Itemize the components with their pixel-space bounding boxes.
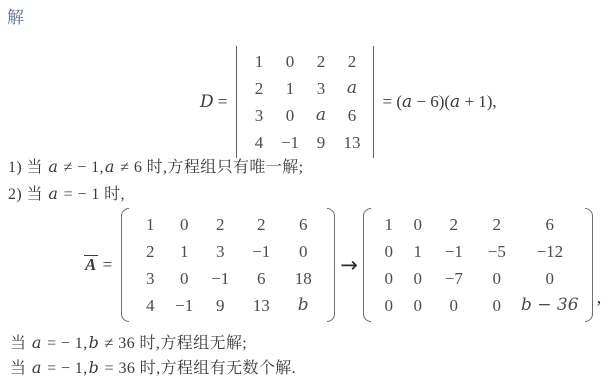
- matrix-cell: b − 36: [519, 292, 581, 319]
- matrix-cell: 2: [243, 75, 274, 102]
- matrix-cell: 4: [243, 129, 274, 156]
- matrix-cell: 0: [375, 292, 403, 319]
- equals-sign: =: [103, 255, 113, 274]
- case1-line: 1) 当 a ≠ − 1,a ≠ 6 时,方程组只有唯一解;: [8, 156, 303, 179]
- matrix-cell: 9: [201, 292, 239, 319]
- augmented-lhs: A =: [84, 255, 112, 275]
- matrix-cell: 1: [375, 211, 403, 238]
- matrix-cell: −1: [274, 129, 305, 156]
- matrix-cell: 1: [243, 48, 274, 75]
- matrix-cell: 0: [403, 211, 433, 238]
- matrix-cell: 3: [243, 102, 274, 129]
- left-paren: [121, 208, 129, 322]
- matrix-cell: 0: [283, 238, 323, 265]
- variable-a: a: [104, 157, 116, 176]
- matrix-cell: 0: [375, 265, 403, 292]
- matrix-cell: −1: [433, 238, 475, 265]
- a-bar-symbol: A: [84, 255, 98, 274]
- matrix-cell: 0: [375, 238, 403, 265]
- matrix-cell: 6: [519, 211, 581, 238]
- matrix-cell: 0: [403, 265, 433, 292]
- matrix-cell: 3: [201, 238, 239, 265]
- matrix-cell: −1: [239, 238, 283, 265]
- matrix-cell: 1: [403, 238, 433, 265]
- matrix-cell: 0: [274, 48, 305, 75]
- matrix-cell: 0: [274, 102, 305, 129]
- case2-line: 2) 当 a = − 1 时,: [8, 183, 125, 206]
- matrix-cell: −1: [167, 292, 201, 319]
- right-paren: [585, 208, 593, 322]
- conclusion-infinite-solutions-line: 当 a = − 1,b = 36 时,方程组有无数个解.: [10, 357, 296, 380]
- matrix-cell: 2: [475, 211, 519, 238]
- matrix-cell: −5: [475, 238, 519, 265]
- matrix-cell: −7: [433, 265, 475, 292]
- augmented-matrix-equation: A = 10226213−1030−16184−1913b → 1022601−…: [84, 208, 601, 322]
- variable-b: b: [88, 333, 101, 352]
- matrix-cell: 13: [336, 129, 367, 156]
- matrix-cell: 6: [336, 102, 367, 129]
- row-reduction-arrow-icon: →: [340, 253, 358, 277]
- matrix-cell: 2: [305, 48, 336, 75]
- document-page: 解 D = 1022213a30a64−1913 = (a − 6)(a + 1…: [0, 0, 614, 382]
- matrix-cell: 3: [305, 75, 336, 102]
- matrix-cell: 1: [167, 238, 201, 265]
- variable-a: a: [47, 157, 59, 176]
- determinant-matrix: 1022213a30a64−1913: [243, 48, 367, 156]
- matrix-cell: 0: [475, 265, 519, 292]
- matrix-cell: b: [283, 292, 323, 319]
- augmented-matrix-after: 1022601−1−5−1200−7000000b − 36: [363, 208, 593, 322]
- augmented-matrix-before: 10226213−1030−16184−1913b: [121, 208, 335, 322]
- matrix-cell: 4: [133, 292, 167, 319]
- variable-a: a: [47, 184, 59, 203]
- matrix-cell: 0: [475, 292, 519, 319]
- equals-sign: =: [218, 92, 228, 111]
- trailing-comma: ,: [597, 287, 602, 308]
- matrix-after-reduction: 1022601−1−5−1200−7000000b − 36: [371, 208, 585, 322]
- matrix-cell: 2: [433, 211, 475, 238]
- matrix-cell: 0: [519, 265, 581, 292]
- matrix-before-reduction: 10226213−1030−16184−1913b: [129, 208, 327, 322]
- matrix-cell: 2: [133, 238, 167, 265]
- determinant-equation: D = 1022213a30a64−1913 = (a − 6)(a + 1),: [200, 46, 497, 158]
- determinant-lhs: D =: [200, 92, 227, 112]
- determinant-bars: 1022213a30a64−1913: [236, 46, 374, 158]
- matrix-cell: 13: [239, 292, 283, 319]
- matrix-cell: 9: [305, 129, 336, 156]
- matrix-cell: −12: [519, 238, 581, 265]
- matrix-cell: 0: [433, 292, 475, 319]
- matrix-cell: 0: [403, 292, 433, 319]
- matrix-cell: 2: [201, 211, 239, 238]
- conclusion-no-solution-line: 当 a = − 1,b ≠ 36 时,方程组无解;: [10, 332, 247, 355]
- matrix-cell: 0: [167, 265, 201, 292]
- determinant-result: = (a − 6)(a + 1),: [382, 92, 496, 112]
- solution-header: 解: [7, 3, 25, 28]
- matrix-cell: 2: [336, 48, 367, 75]
- matrix-cell: 18: [283, 265, 323, 292]
- matrix-cell: 1: [274, 75, 305, 102]
- matrix-cell: 1: [133, 211, 167, 238]
- matrix-cell: 0: [167, 211, 201, 238]
- matrix-cell: a: [305, 102, 336, 129]
- variable-a: a: [31, 358, 43, 377]
- matrix-cell: 6: [283, 211, 323, 238]
- matrix-cell: 6: [239, 265, 283, 292]
- matrix-cell: 2: [239, 211, 283, 238]
- matrix-cell: a: [336, 75, 367, 102]
- variable-b: b: [88, 358, 101, 377]
- matrix-cell: −1: [201, 265, 239, 292]
- right-paren: [327, 208, 335, 322]
- variable-a: a: [31, 333, 43, 352]
- determinant-symbol: D: [200, 92, 214, 112]
- matrix-cell: 3: [133, 265, 167, 292]
- left-paren: [363, 208, 371, 322]
